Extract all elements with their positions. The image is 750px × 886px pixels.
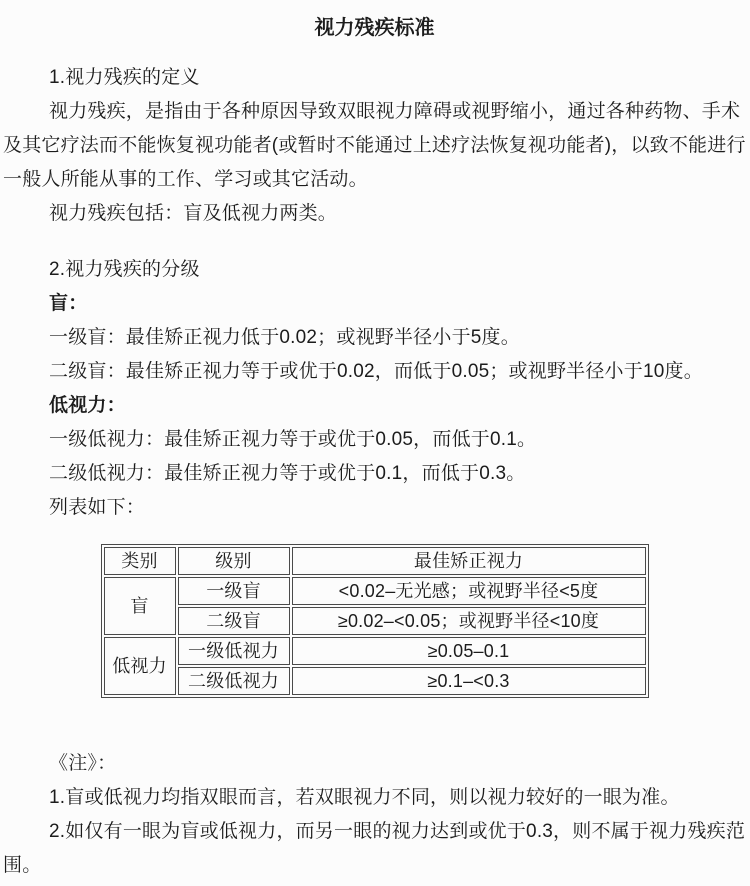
- lowvision-label: 低视力：: [3, 389, 746, 423]
- note-2: 2.如仅有一眼为盲或低视力，而另一眼的视力达到或优于0.3，则不属于视力残疾范围…: [3, 815, 746, 883]
- definition-paragraph: 视力残疾，是指由于各种原因导致双眼视力障碍或视野缩小，通过各种药物、手术及其它疗…: [3, 95, 746, 197]
- table-header-row: 类别 级别 最佳矫正视力: [104, 547, 646, 575]
- note-1: 1.盲或低视力均指双眼而言，若双眼视力不同，则以视力较好的一眼为准。: [3, 781, 746, 815]
- classification-table: 类别 级别 最佳矫正视力 盲 一级盲 <0.02–无光感；或视野半径<5度 二级…: [101, 544, 649, 698]
- blind-label: 盲：: [3, 287, 746, 321]
- header-category: 类别: [104, 547, 176, 575]
- header-grade: 级别: [178, 547, 290, 575]
- blind-grade2-line: 二级盲：最佳矫正视力等于或优于0.02，而低于0.05；或视野半径小于10度。: [3, 355, 746, 389]
- document-page: 视力残疾标准 1.视力残疾的定义 视力残疾，是指由于各种原因导致双眼视力障碍或视…: [0, 0, 750, 883]
- lowvision-grade1-line: 一级低视力：最佳矫正视力等于或优于0.05，而低于0.1。: [3, 423, 746, 457]
- header-acuity: 最佳矫正视力: [292, 547, 646, 575]
- cell-acuity: ≥0.02–<0.05；或视野半径<10度: [292, 607, 646, 635]
- doc-title: 视力残疾标准: [3, 14, 746, 42]
- cell-grade: 二级盲: [178, 607, 290, 635]
- cell-grade: 二级低视力: [178, 667, 290, 695]
- table-row: 二级盲 ≥0.02–<0.05；或视野半径<10度: [104, 607, 646, 635]
- cell-acuity: ≥0.05–0.1: [292, 637, 646, 665]
- includes-paragraph: 视力残疾包括：盲及低视力两类。: [3, 197, 746, 231]
- notes-heading: 《注》：: [3, 747, 746, 781]
- cell-acuity: <0.02–无光感；或视野半径<5度: [292, 577, 646, 605]
- table-row: 盲 一级盲 <0.02–无光感；或视野半径<5度: [104, 577, 646, 605]
- cell-acuity: ≥0.1–<0.3: [292, 667, 646, 695]
- section1-heading: 1.视力残疾的定义: [3, 61, 746, 95]
- cell-category-lowvision: 低视力: [104, 637, 176, 695]
- blind-grade1-line: 一级盲：最佳矫正视力低于0.02；或视野半径小于5度。: [3, 321, 746, 355]
- table-intro: 列表如下：: [3, 491, 746, 525]
- section2-heading: 2.视力残疾的分级: [3, 253, 746, 287]
- cell-grade: 一级低视力: [178, 637, 290, 665]
- table-row: 低视力 一级低视力 ≥0.05–0.1: [104, 637, 646, 665]
- lowvision-grade2-line: 二级低视力：最佳矫正视力等于或优于0.1，而低于0.3。: [3, 457, 746, 491]
- cell-grade: 一级盲: [178, 577, 290, 605]
- table-row: 二级低视力 ≥0.1–<0.3: [104, 667, 646, 695]
- cell-category-blind: 盲: [104, 577, 176, 635]
